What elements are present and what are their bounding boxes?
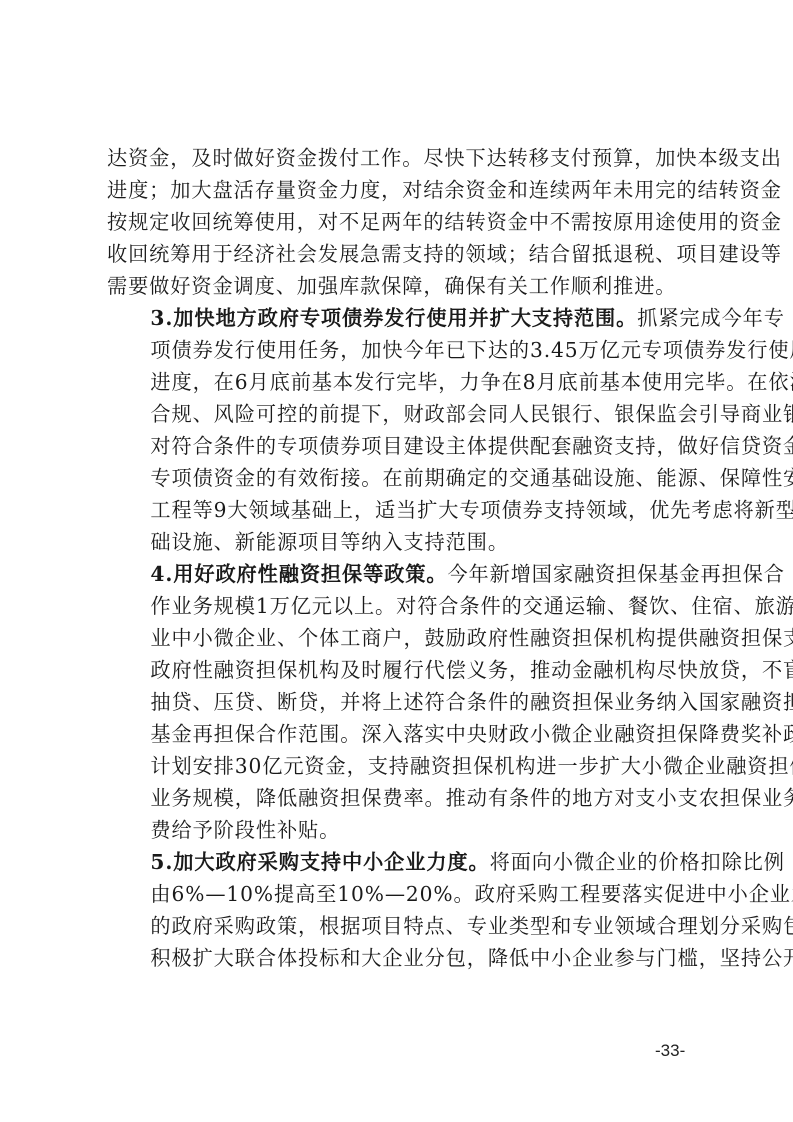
text-line: 达资金，及时做好资金拨付工作。尽快下达转移支付预算，加快本级支出 [107,142,693,174]
text-line: 进度；加大盘活存量资金力度，对结余资金和连续两年未用完的结转资金 [107,174,693,206]
text-line: 作业务规模1万亿元以上。对符合条件的交通运输、餐饮、住宿、旅游行 [107,590,693,622]
text-line: 专项债资金的有效衔接。在前期确定的交通基础设施、能源、保障性安居 [107,462,693,494]
page-number: -33- [655,1041,685,1061]
text-line: 5.加大政府采购支持中小企业力度。将面向小微企业的价格扣除比例 [107,846,693,878]
paragraph-item-5: 5.加大政府采购支持中小企业力度。将面向小微企业的价格扣除比例 由6%—10%提… [107,846,693,974]
text-line: 需要做好资金调度、加强库款保障，确保有关工作顺利推进。 [107,270,693,302]
text-line: 业中小微企业、个体工商户，鼓励政府性融资担保机构提供融资担保支持， [107,622,693,654]
paragraph-continuation: 达资金，及时做好资金拨付工作。尽快下达转移支付预算，加快本级支出 进度；加大盘活… [107,142,693,302]
text-fragment: 将面向小微企业的价格扣除比例 [490,850,785,874]
text-line: 的政府采购政策，根据项目特点、专业类型和专业领域合理划分采购包， [107,910,693,942]
text-line: 业务规模，降低融资担保费率。推动有条件的地方对支小支农担保业务保 [107,782,693,814]
text-line: 基金再担保合作范围。深入落实中央财政小微企业融资担保降费奖补政策， [107,718,693,750]
text-line: 合规、风险可控的前提下，财政部会同人民银行、银保监会引导商业银行 [107,398,693,430]
text-line: 3.加快地方政府专项债券发行使用并扩大支持范围。抓紧完成今年专 [107,302,693,334]
item-heading: 4.用好政府性融资担保等政策。 [150,562,447,586]
text-line: 由6%—10%提高至10%—20%。政府采购工程要落实促进中小企业发展 [107,878,693,910]
text-line: 抽贷、压贷、断贷，并将上述符合条件的融资担保业务纳入国家融资担保 [107,686,693,718]
body-text: 达资金，及时做好资金拨付工作。尽快下达转移支付预算，加快本级支出 进度；加大盘活… [107,142,693,974]
document-page: 达资金，及时做好资金拨付工作。尽快下达转移支付预算，加快本级支出 进度；加大盘活… [0,0,793,1122]
text-line: 项债券发行使用任务，加快今年已下达的3.45万亿元专项债券发行使用 [107,334,693,366]
text-fragment: 今年新增国家融资担保基金再担保合 [447,562,784,586]
text-fragment: 抓紧完成今年专 [637,306,785,330]
paragraph-item-3: 3.加快地方政府专项债券发行使用并扩大支持范围。抓紧完成今年专 项债券发行使用任… [107,302,693,558]
text-line: 按规定收回统筹使用，对不足两年的结转资金中不需按原用途使用的资金 [107,206,693,238]
text-line: 4.用好政府性融资担保等政策。今年新增国家融资担保基金再担保合 [107,558,693,590]
text-line: 础设施、新能源项目等纳入支持范围。 [107,526,693,558]
item-heading: 5.加大政府采购支持中小企业力度。 [150,850,489,874]
text-line: 进度，在6月底前基本发行完毕，力争在8月底前基本使用完毕。在依法 [107,366,693,398]
item-heading: 3.加快地方政府专项债券发行使用并扩大支持范围。 [150,306,637,330]
text-line: 工程等9大领域基础上，适当扩大专项债券支持领域，优先考虑将新型基 [107,494,693,526]
text-line: 费给予阶段性补贴。 [107,814,693,846]
text-line: 政府性融资担保机构及时履行代偿义务，推动金融机构尽快放贷，不盲目 [107,654,693,686]
text-line: 对符合条件的专项债券项目建设主体提供配套融资支持，做好信贷资金和 [107,430,693,462]
text-line: 收回统筹用于经济社会发展急需支持的领域；结合留抵退税、项目建设等 [107,238,693,270]
text-line: 积极扩大联合体投标和大企业分包，降低中小企业参与门槛，坚持公开公 [107,942,693,974]
text-line: 计划安排30亿元资金，支持融资担保机构进一步扩大小微企业融资担保 [107,750,693,782]
paragraph-item-4: 4.用好政府性融资担保等政策。今年新增国家融资担保基金再担保合 作业务规模1万亿… [107,558,693,846]
